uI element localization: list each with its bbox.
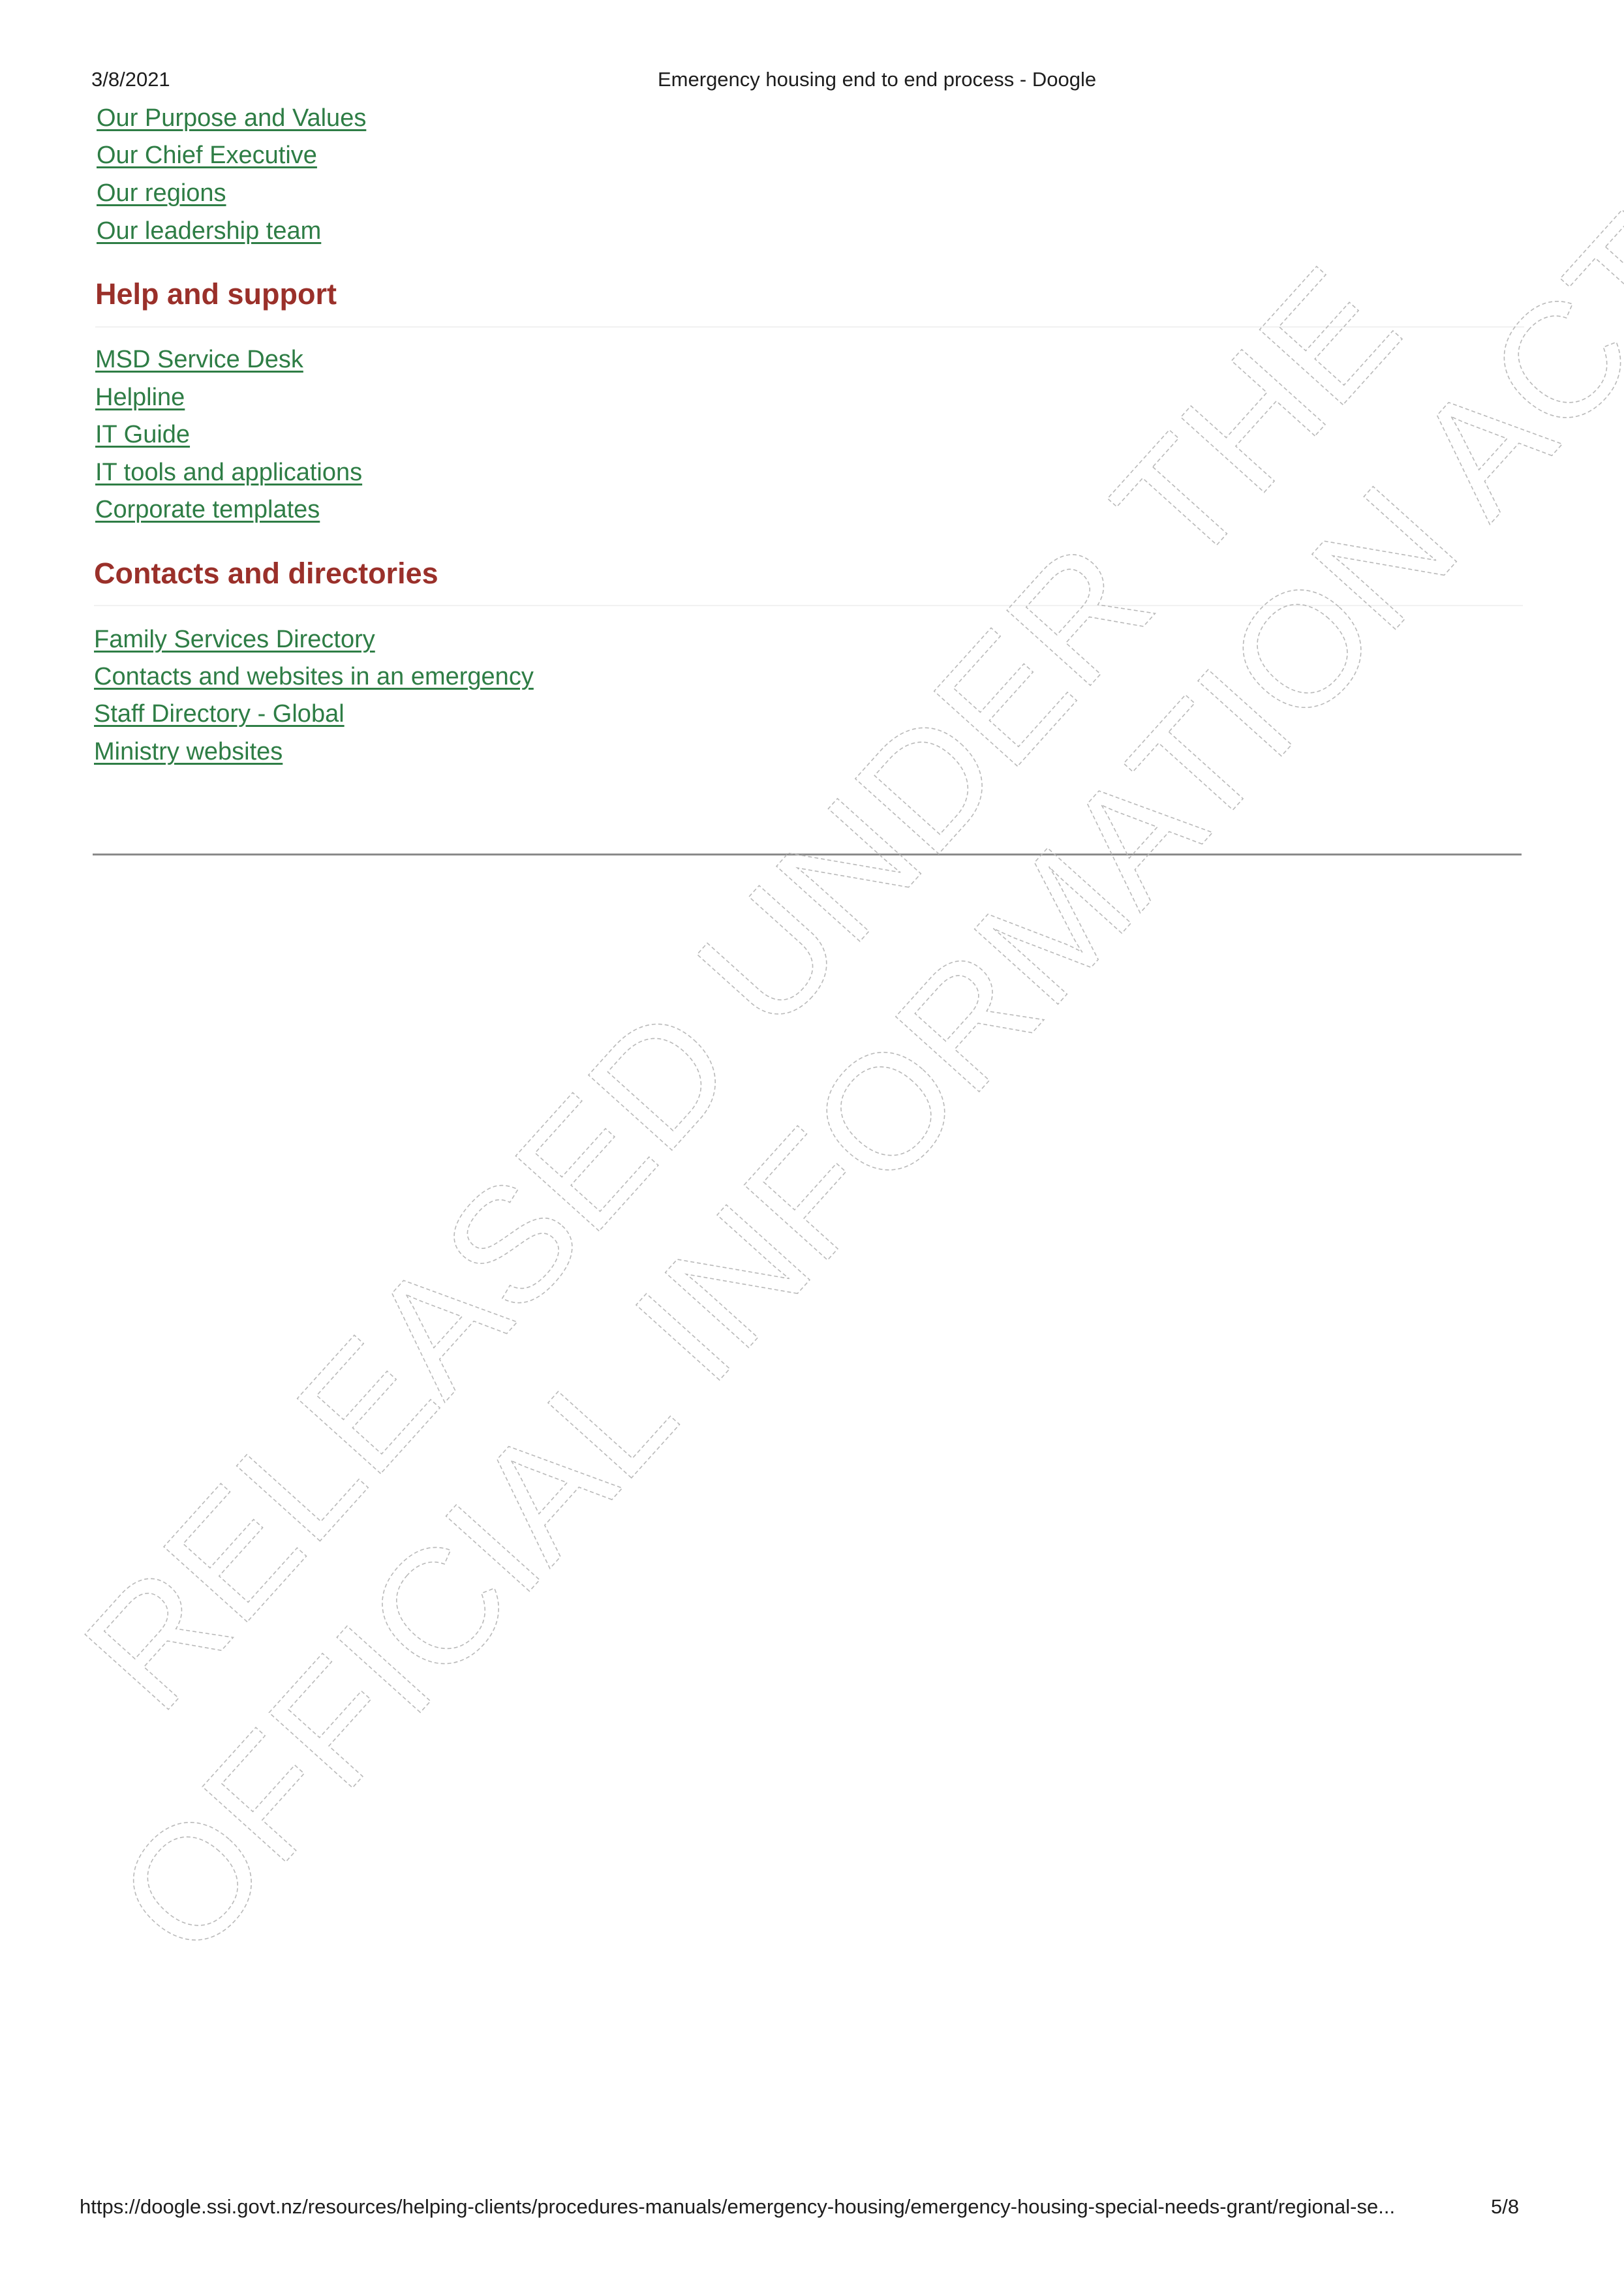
link-it-guide[interactable]: IT Guide [95, 421, 190, 449]
link-corporate-templates[interactable]: Corporate templates [95, 496, 320, 524]
section-divider [94, 605, 1523, 606]
link-ministry-websites[interactable]: Ministry websites [94, 738, 283, 766]
heading-help-and-support: Help and support [95, 277, 337, 311]
oia-release-watermark: RELEASED UNDER THE OFFICIAL INFORMATION … [0, 0, 1624, 2293]
link-staff-directory-global[interactable]: Staff Directory - Global [94, 700, 345, 728]
print-date: 3/8/2021 [91, 68, 170, 91]
page-number: 5/8 [1491, 2195, 1519, 2219]
page-title: Emergency housing end to end process - D… [658, 68, 1096, 91]
section-divider [95, 326, 1524, 328]
watermark-line-2: OFFICIAL INFORMATION ACT [82, 183, 1624, 1989]
link-our-purpose-and-values[interactable]: Our Purpose and Values [97, 104, 366, 132]
footer-rule [93, 854, 1522, 855]
link-helpline[interactable]: Helpline [95, 384, 185, 412]
heading-contacts-and-directories: Contacts and directories [94, 557, 438, 591]
footer-url: https://doogle.ssi.govt.nz/resources/hel… [80, 2195, 1395, 2219]
link-our-chief-executive[interactable]: Our Chief Executive [97, 142, 317, 170]
link-our-leadership-team[interactable]: Our leadership team [97, 217, 321, 245]
link-our-regions[interactable]: Our regions [97, 179, 226, 208]
link-family-services-directory[interactable]: Family Services Directory [94, 626, 375, 654]
link-it-tools-and-applications[interactable]: IT tools and applications [95, 459, 362, 487]
link-msd-service-desk[interactable]: MSD Service Desk [95, 346, 303, 374]
link-contacts-and-websites-in-an-emergency[interactable]: Contacts and websites in an emergency [94, 663, 534, 691]
